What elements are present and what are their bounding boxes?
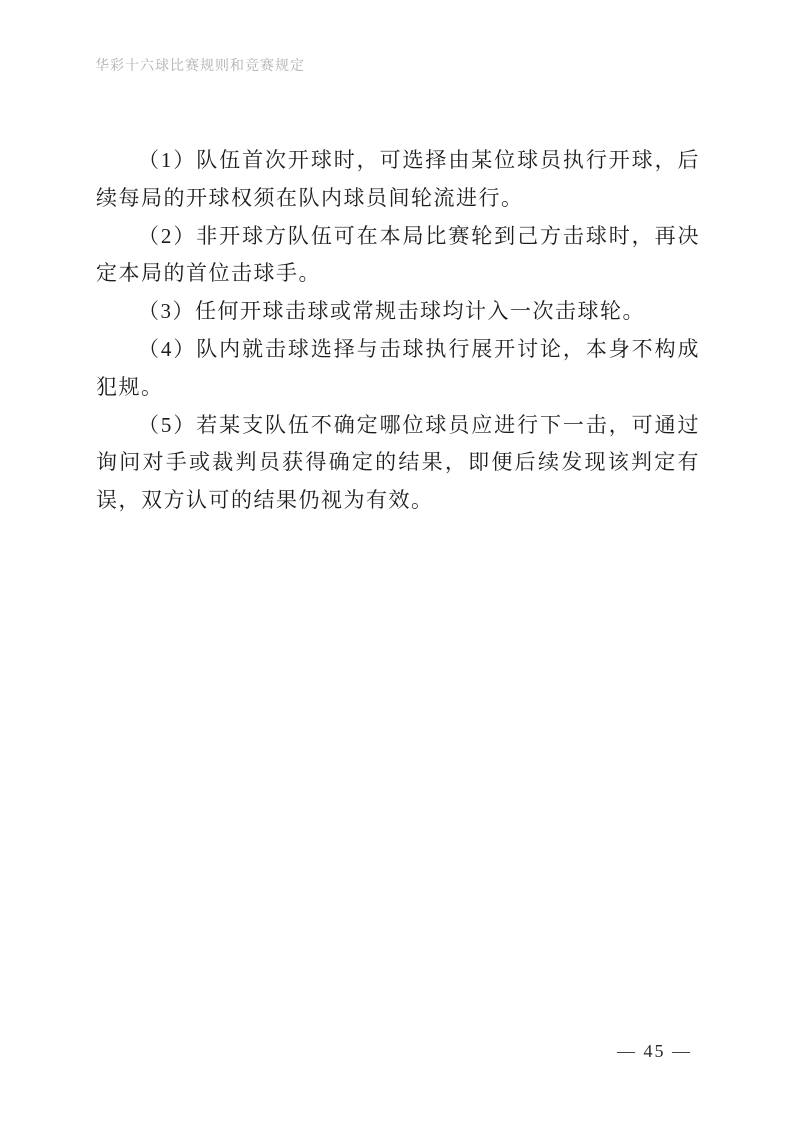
body-paragraph: （1）队伍首次开球时，可选择由某位球员执行开球，后续每局的开球权须在队内球员间轮… (96, 142, 700, 218)
body-paragraph: （2）非开球方队伍可在本局比赛轮到己方击球时，再决定本局的首位击球手。 (96, 218, 700, 294)
body-text-block: （1）队伍首次开球时，可选择由某位球员执行开球，后续每局的开球权须在队内球员间轮… (96, 142, 700, 520)
running-header-title: 华彩十六球比赛规则和竞赛规定 (95, 55, 305, 75)
page-number: — 45 — (617, 1041, 692, 1062)
body-paragraph: （4）队内就击球选择与击球执行展开讨论，本身不构成犯规。 (96, 331, 700, 407)
body-paragraph: （5）若某支队伍不确定哪位球员应进行下一击，可通过询问对手或裁判员获得确定的结果… (96, 407, 700, 520)
body-paragraph: （3）任何开球击球或常规击球均计入一次击球轮。 (96, 293, 700, 331)
document-page: 华彩十六球比赛规则和竞赛规定 （1）队伍首次开球时，可选择由某位球员执行开球，后… (0, 0, 794, 1123)
